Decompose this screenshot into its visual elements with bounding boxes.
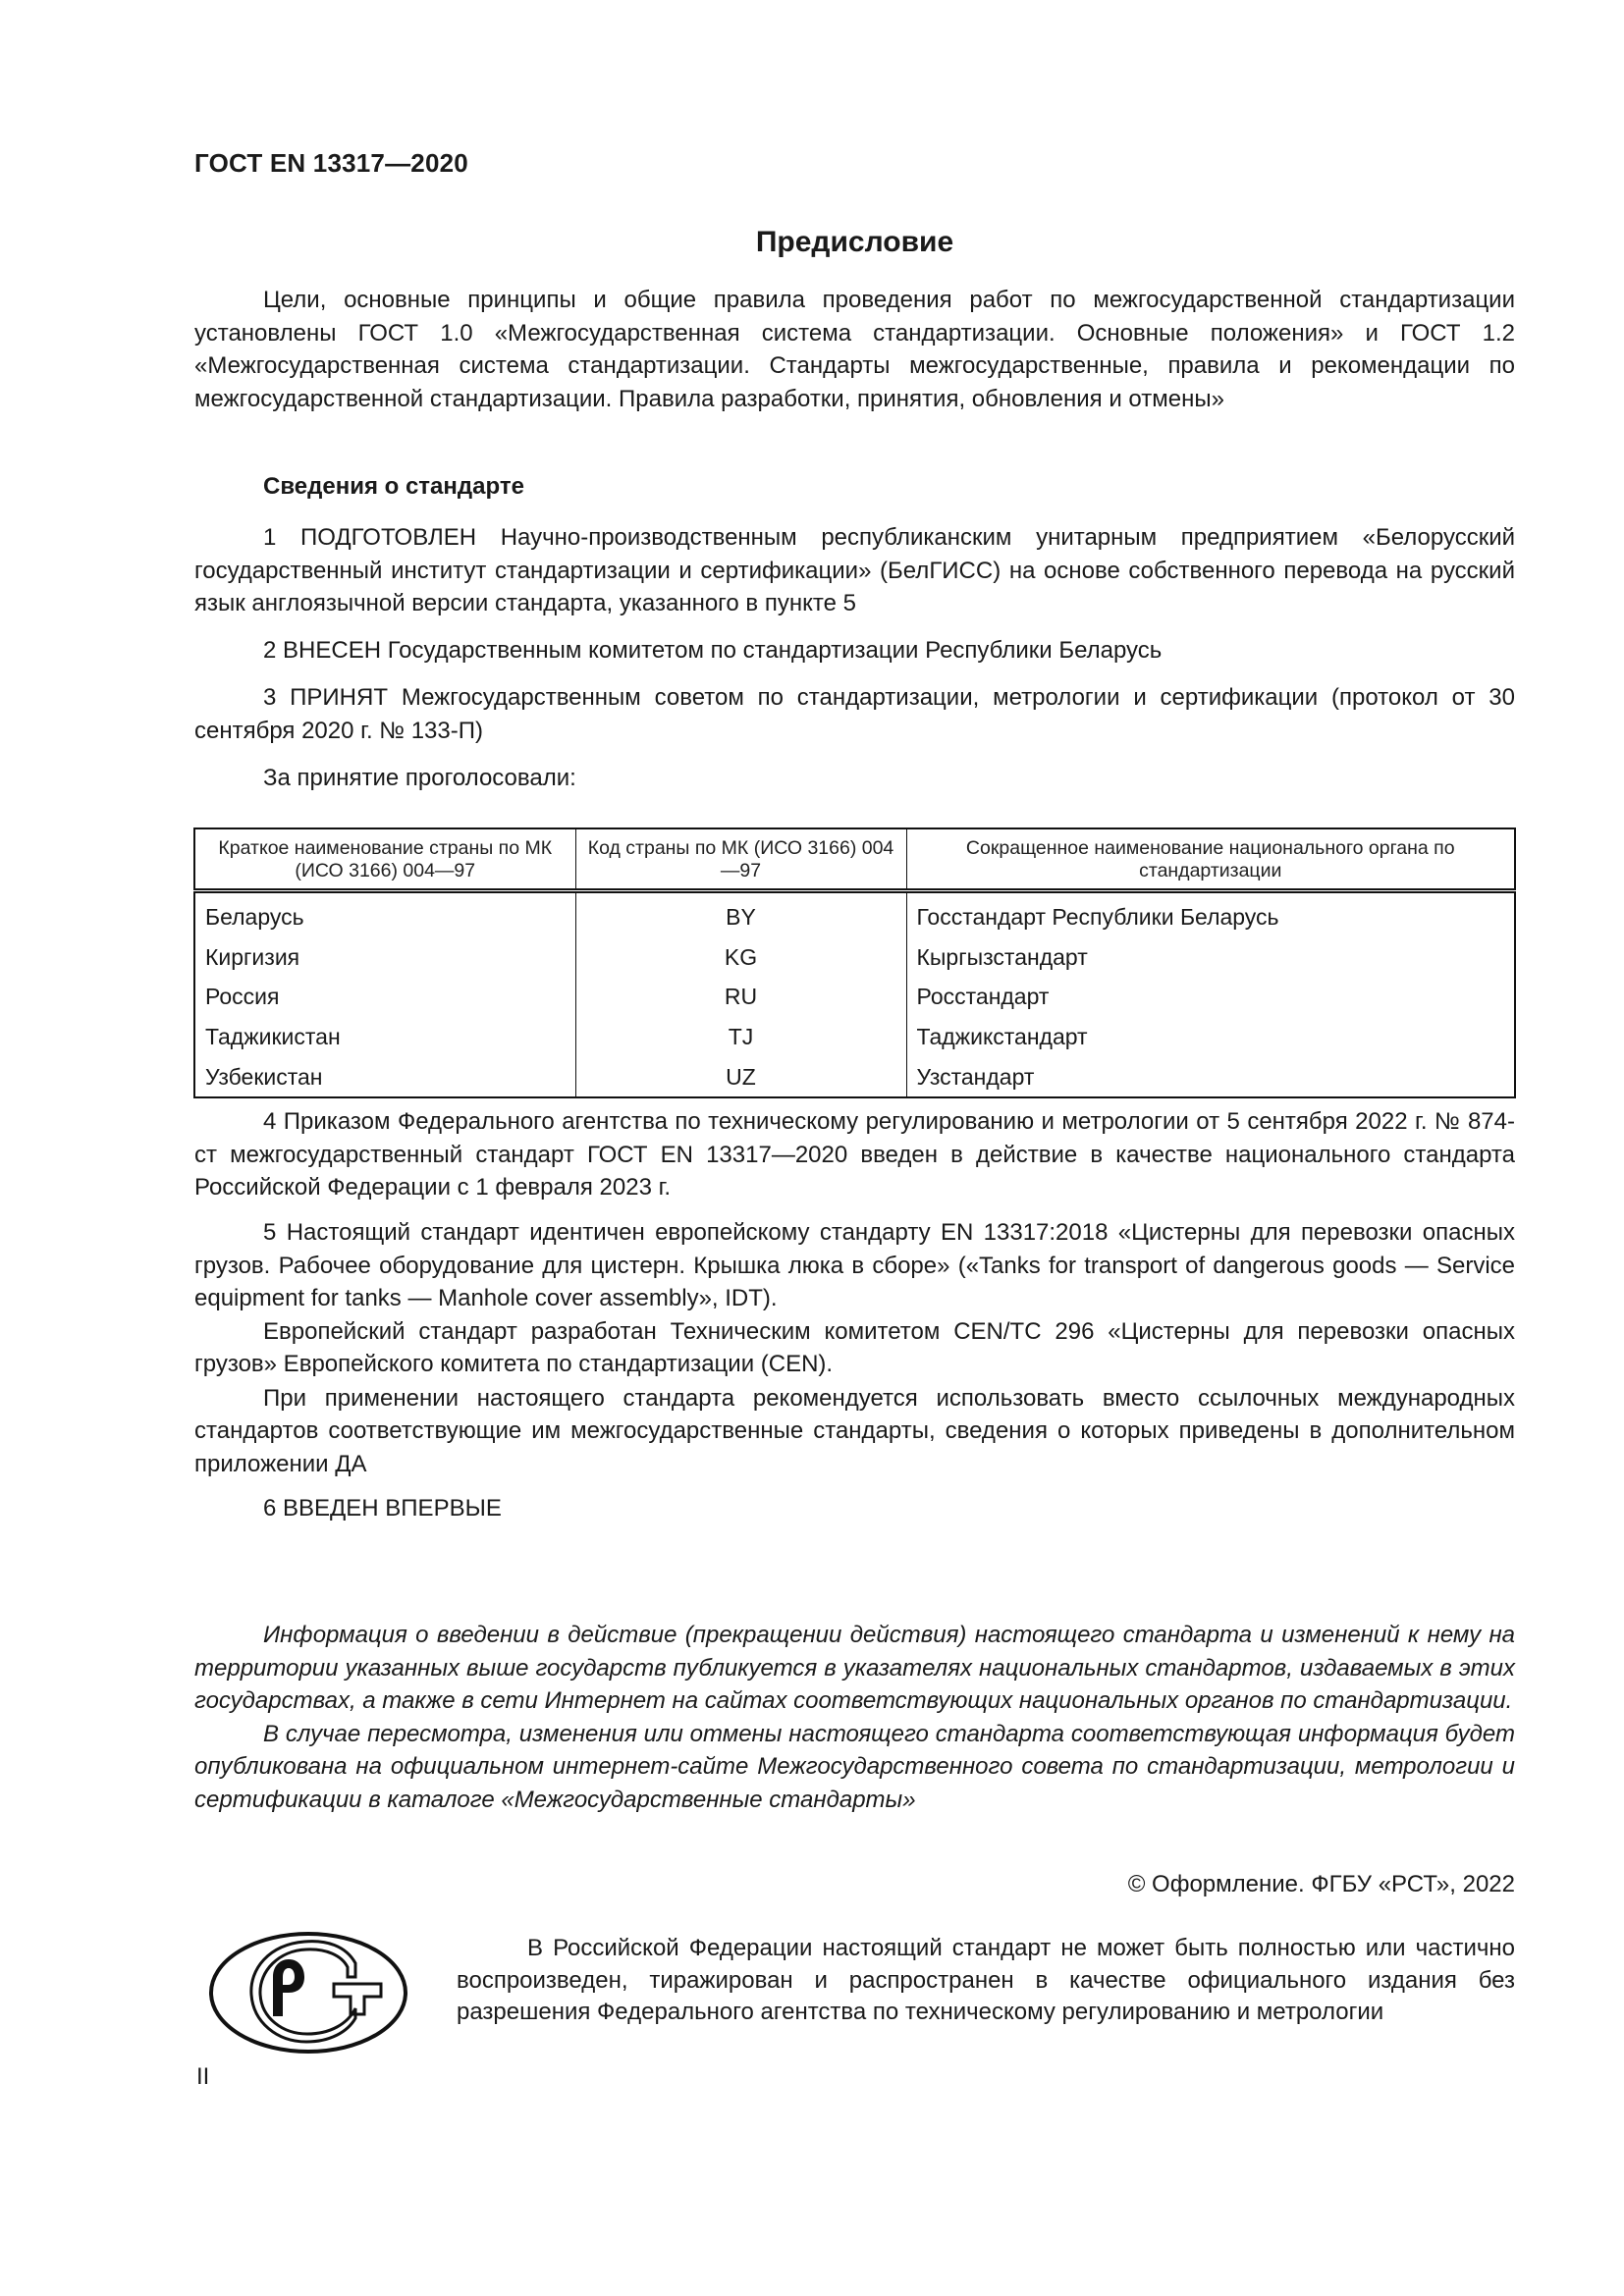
column-header-body: Сокращенное наименование национального о… <box>906 828 1515 891</box>
table-row: Узбекистан UZ Узстандарт <box>194 1056 1515 1097</box>
country-code: UZ <box>575 1056 906 1097</box>
document-code: ГОСТ EN 13317—2020 <box>194 148 468 179</box>
item-4: 4 Приказом Федерального агентства по тех… <box>194 1105 1515 1204</box>
column-header-code: Код страны по МК (ИСО 3166) 004—97 <box>575 828 906 891</box>
notice-paragraph-2: В случае пересмотра, изменения или отмен… <box>194 1718 1515 1817</box>
notice-paragraph-1: Информация о введении в действие (прекра… <box>194 1619 1515 1718</box>
standards-body: Госстандарт Республики Беларусь <box>906 891 1515 937</box>
country-name: Россия <box>194 977 575 1017</box>
item-3: 3 ПРИНЯТ Межгосударственным советом по с… <box>194 681 1515 747</box>
rights-notice: В Российской Федерации настоящий стандар… <box>457 1933 1515 2029</box>
country-code: RU <box>575 977 906 1017</box>
item-1-text: 1 ПОДГОТОВЛЕН Научно-производственным ре… <box>194 521 1515 620</box>
table-row: Таджикистан TJ Таджикстандарт <box>194 1017 1515 1057</box>
item-4-text: 4 Приказом Федерального агентства по тех… <box>194 1105 1515 1204</box>
country-code: BY <box>575 891 906 937</box>
standards-body: Таджикстандарт <box>906 1017 1515 1057</box>
info-heading: Сведения о стандарте <box>194 470 1584 504</box>
voting-countries-table: Краткое наименование страны по МК (ИСО 3… <box>193 828 1516 1098</box>
table-row: Беларусь BY Госстандарт Республики Белар… <box>194 891 1515 937</box>
publication-notice: Информация о введении в действие (прекра… <box>194 1619 1515 1816</box>
country-name: Таджикистан <box>194 1017 575 1057</box>
country-name: Киргизия <box>194 937 575 978</box>
page-title: Предисловие <box>194 226 1515 259</box>
country-code: KG <box>575 937 906 978</box>
item-5: 5 Настоящий стандарт идентичен европейск… <box>194 1216 1515 1480</box>
country-code: TJ <box>575 1017 906 1057</box>
table-row: Киргизия KG Кыргызстандарт <box>194 937 1515 978</box>
item-2-text: 2 ВНЕСЕН Государственным комитетом по ст… <box>194 634 1515 667</box>
intro-paragraph: Цели, основные принципы и общие правила … <box>194 284 1515 415</box>
standards-body: Росстандарт <box>906 977 1515 1017</box>
item-6-text: 6 ВВЕДЕН ВПЕРВЫЕ <box>194 1492 1515 1525</box>
page-number: II <box>196 2063 209 2091</box>
item-2: 2 ВНЕСЕН Государственным комитетом по ст… <box>194 634 1515 667</box>
item-3-text: 3 ПРИНЯТ Межгосударственным советом по с… <box>194 681 1515 747</box>
item-1: 1 ПОДГОТОВЛЕН Научно-производственным ре… <box>194 521 1515 620</box>
country-name: Беларусь <box>194 891 575 937</box>
rst-certification-mark-icon <box>208 1930 408 2056</box>
item-5-text: 5 Настоящий стандарт идентичен европейск… <box>194 1216 1515 1315</box>
standards-body: Кыргызстандарт <box>906 937 1515 978</box>
country-name: Узбекистан <box>194 1056 575 1097</box>
table-header-row: Краткое наименование страны по МК (ИСО 3… <box>194 828 1515 891</box>
rights-notice-text: В Российской Федерации настоящий стандар… <box>457 1933 1515 2029</box>
intro-section: Цели, основные принципы и общие правила … <box>194 284 1515 415</box>
standards-body: Узстандарт <box>906 1056 1515 1097</box>
column-header-country: Краткое наименование страны по МК (ИСО 3… <box>194 828 575 891</box>
item-6: 6 ВВЕДЕН ВПЕРВЫЕ <box>194 1492 1515 1525</box>
copyright-line: © Оформление. ФГБУ «РСТ», 2022 <box>1128 1871 1515 1898</box>
table-row: Россия RU Росстандарт <box>194 977 1515 1017</box>
item-5-references-text: При применении настоящего стандарта реко… <box>194 1382 1515 1481</box>
voted-label: За принятие проголосовали: <box>194 762 1584 795</box>
item-5-cen-text: Европейский стандарт разработан Техничес… <box>194 1315 1515 1381</box>
